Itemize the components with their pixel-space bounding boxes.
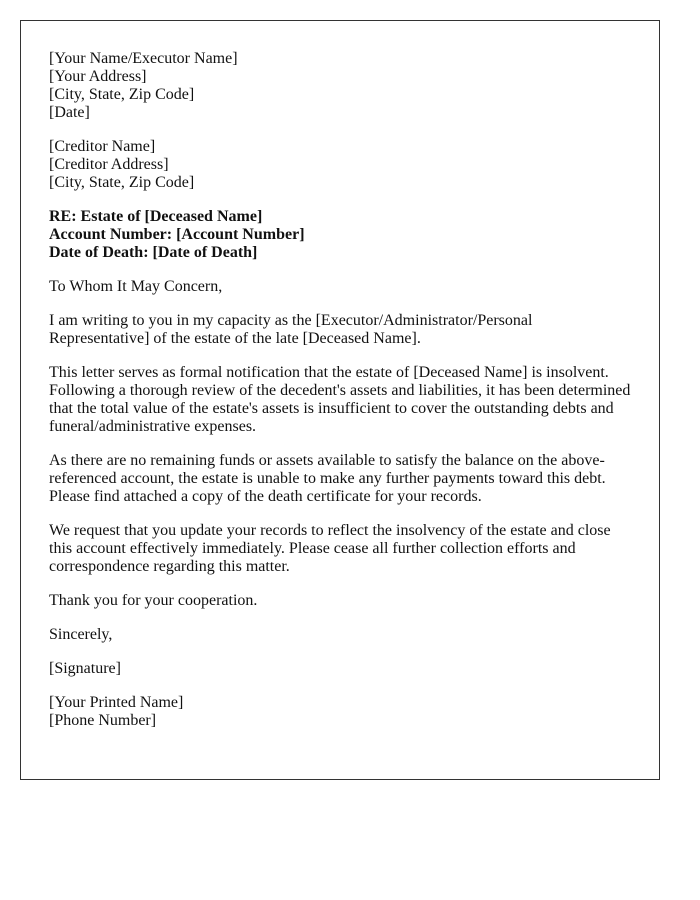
recipient-block: [Creditor Name] [Creditor Address] [City… — [49, 138, 631, 192]
recipient-city-state-zip: [City, State, Zip Code] — [49, 174, 631, 192]
signature-placeholder: [Signature] — [49, 660, 631, 678]
paragraph-insolvency-notice: This letter serves as formal notificatio… — [49, 364, 631, 436]
paragraph-thanks: Thank you for your cooperation. — [49, 592, 631, 610]
closing: Sincerely, — [49, 626, 631, 644]
signoff-block: [Your Printed Name] [Phone Number] — [49, 694, 631, 730]
sender-city-state-zip: [City, State, Zip Code] — [49, 86, 631, 104]
reference-block: RE: Estate of [Deceased Name] Account Nu… — [49, 208, 631, 262]
letter-date: [Date] — [49, 104, 631, 122]
sender-block: [Your Name/Executor Name] [Your Address]… — [49, 50, 631, 122]
printed-name: [Your Printed Name] — [49, 694, 631, 712]
paragraph-capacity: I am writing to you in my capacity as th… — [49, 312, 631, 348]
letter-page: [Your Name/Executor Name] [Your Address]… — [20, 20, 660, 780]
sender-name: [Your Name/Executor Name] — [49, 50, 631, 68]
account-number-line: Account Number: [Account Number] — [49, 226, 631, 244]
salutation: To Whom It May Concern, — [49, 278, 631, 296]
recipient-address: [Creditor Address] — [49, 156, 631, 174]
recipient-name: [Creditor Name] — [49, 138, 631, 156]
re-line: RE: Estate of [Deceased Name] — [49, 208, 631, 226]
date-of-death-line: Date of Death: [Date of Death] — [49, 244, 631, 262]
paragraph-no-payments: As there are no remaining funds or asset… — [49, 452, 631, 506]
paragraph-request: We request that you update your records … — [49, 522, 631, 576]
sender-address: [Your Address] — [49, 68, 631, 86]
phone-number: [Phone Number] — [49, 712, 631, 730]
